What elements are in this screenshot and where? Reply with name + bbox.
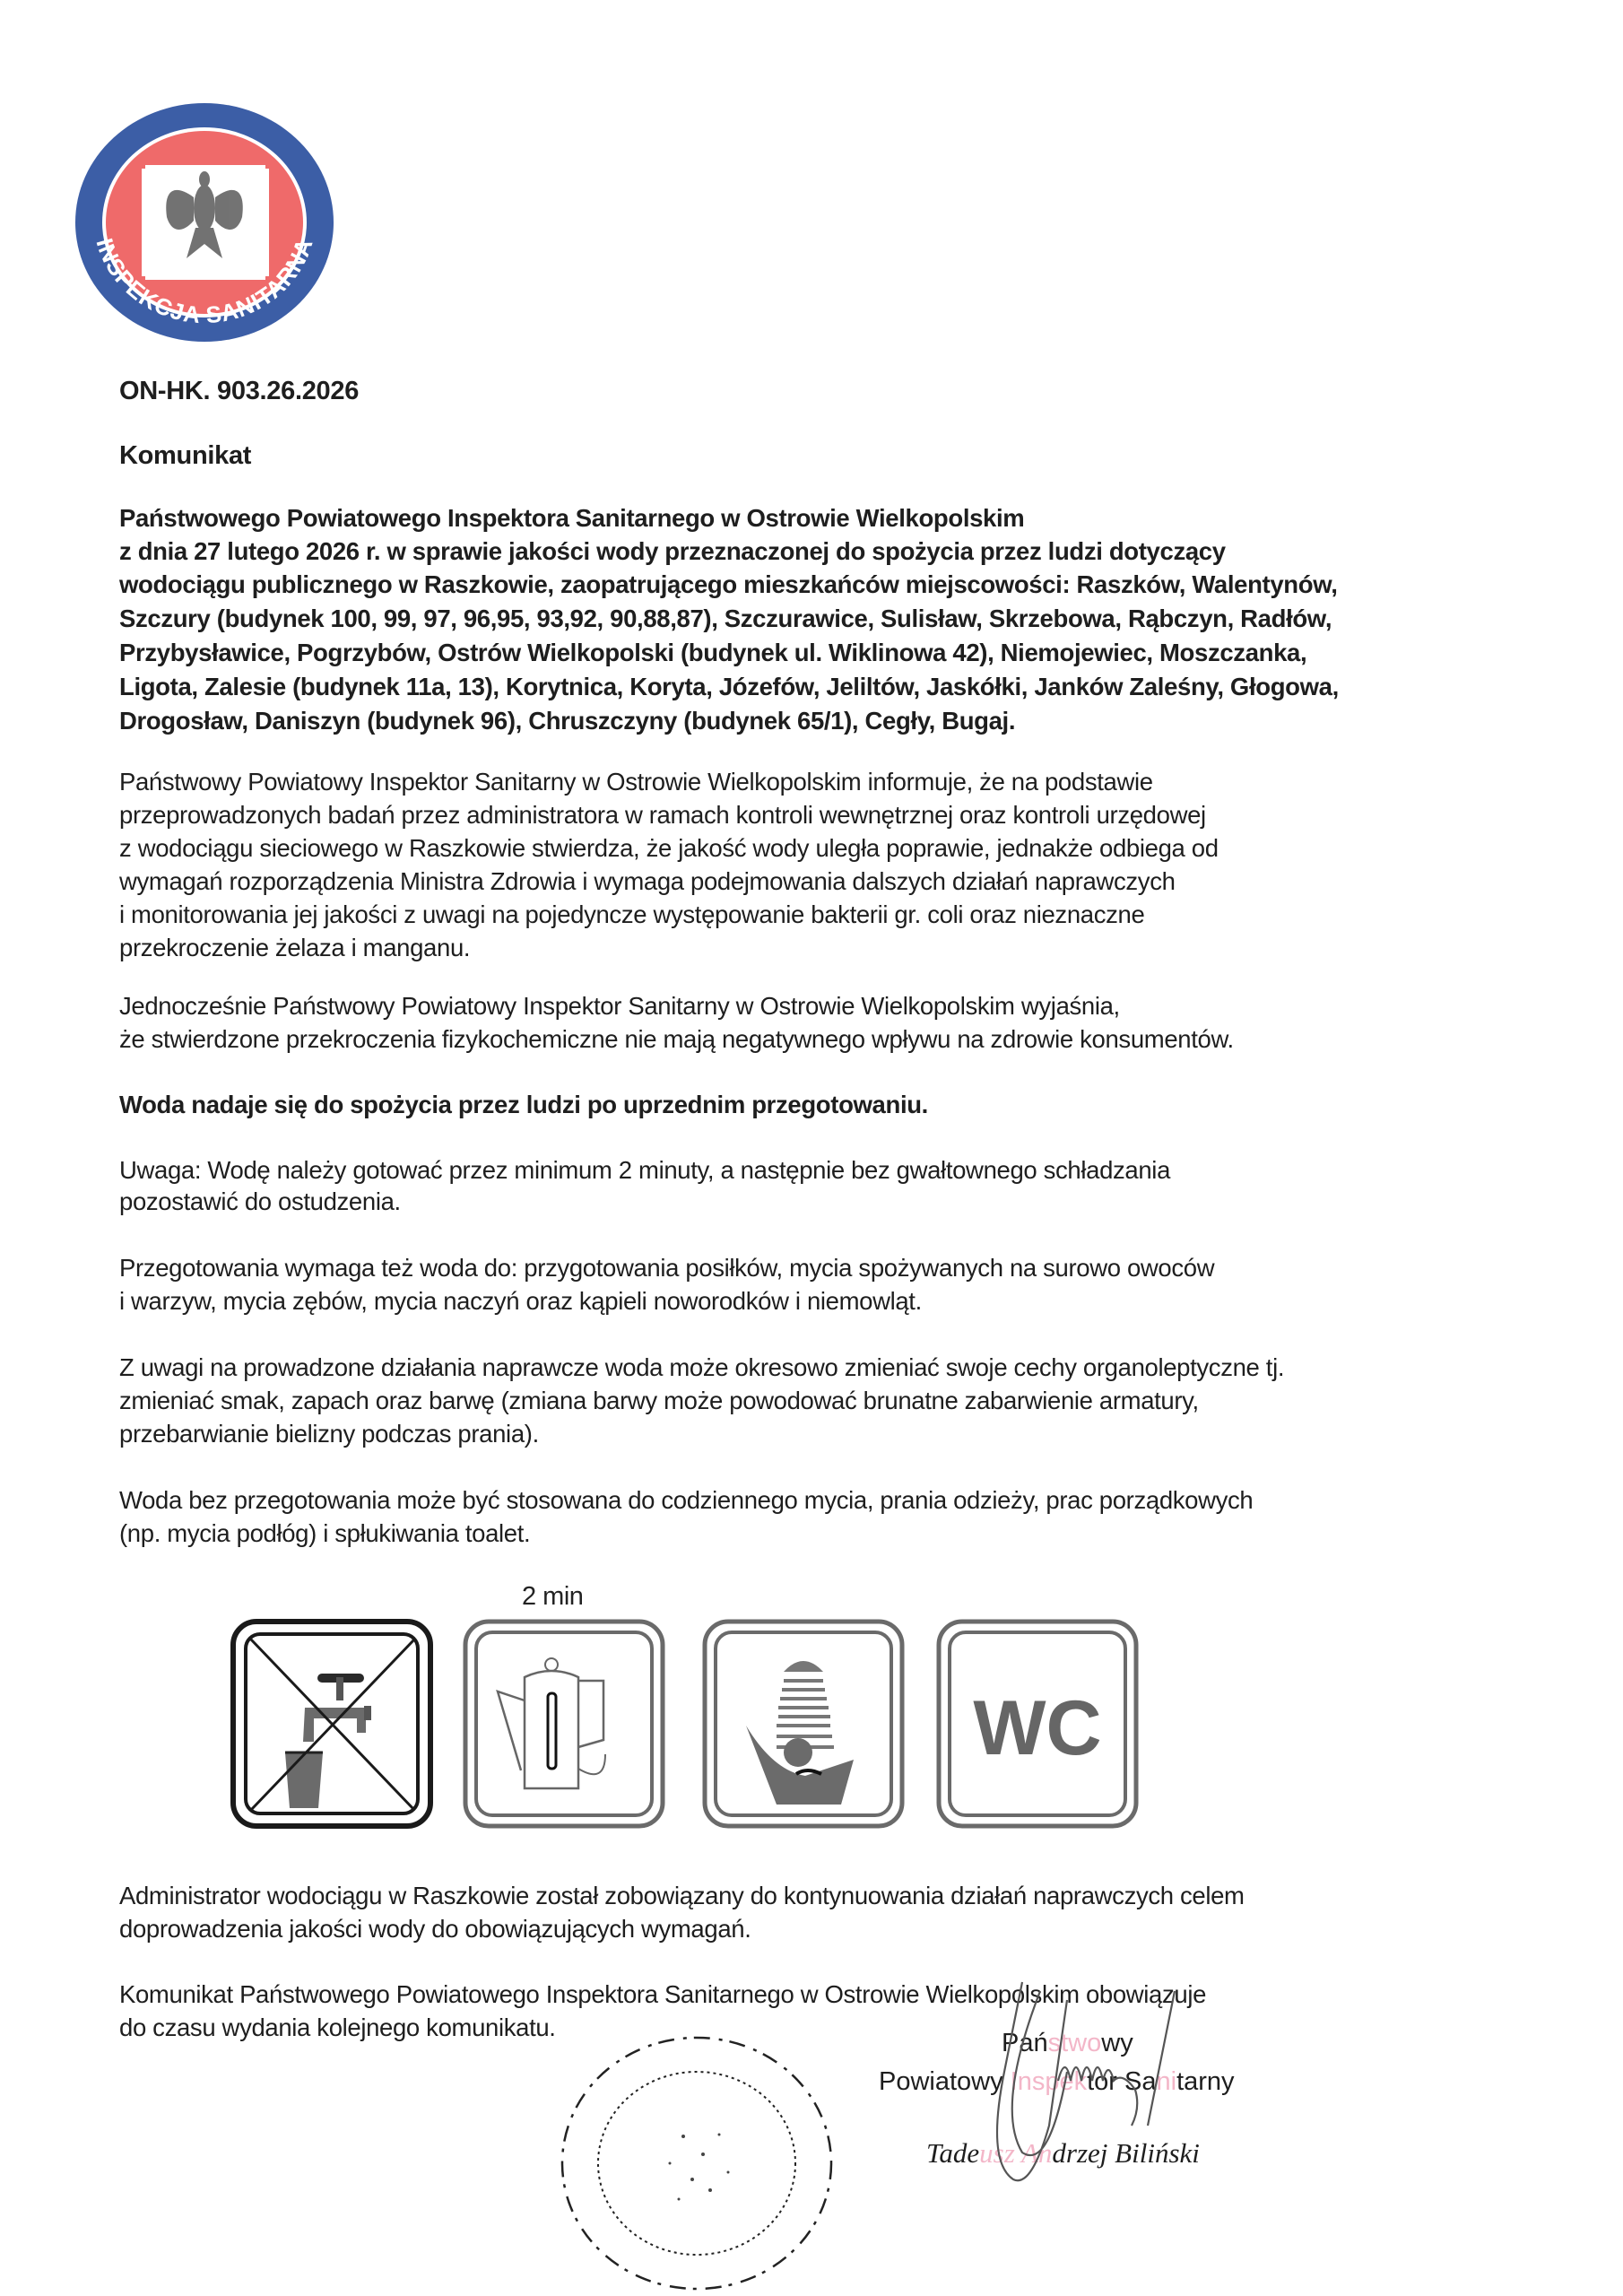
text-line: Administrator wodociągu w Raszkowie zost… xyxy=(119,1883,1245,1909)
text-line: przebarwianie bielizny podczas prania). xyxy=(119,1422,539,1447)
text-line: (np. mycia podłóg) i spłukiwania toalet. xyxy=(119,1521,530,1546)
heading-line: wodociągu publicznego w Raszkowie, zaopa… xyxy=(119,572,1338,597)
heading-line: Ligota, Zalesie (budynek 11a, 13), Koryt… xyxy=(119,674,1339,700)
heading-line: Szczury (budynek 100, 99, 97, 96,95, 93,… xyxy=(119,606,1332,631)
wc-icon: WC xyxy=(935,1618,1140,1830)
no-tap-water-drinking-icon xyxy=(230,1618,434,1830)
text-line: Woda bez przegotowania może być stosowan… xyxy=(119,1488,1253,1513)
text-line: Uwaga: Wodę należy gotować przez minimum… xyxy=(119,1158,1170,1183)
handwritten-signature xyxy=(968,1964,1273,2233)
boil-duration-label: 2 min xyxy=(522,1582,583,1612)
wc-text: WC xyxy=(973,1685,1101,1771)
inspekcja-sanitarna-logo: PAŃSTWOWA INSPEKCJA SANITARNA xyxy=(74,100,335,344)
text-line: Z uwagi na prowadzone działania naprawcz… xyxy=(119,1355,1284,1380)
text-line: przeprowadzonych badań przez administrat… xyxy=(119,803,1206,828)
text-line: i warzyw, mycia zębów, mycia naczyń oraz… xyxy=(119,1289,922,1314)
document-reference: ON-HK. 903.26.2026 xyxy=(119,378,359,404)
text-line: Państwowy Powiatowy Inspektor Sanitarny … xyxy=(119,770,1153,795)
official-stamp xyxy=(549,2029,845,2296)
heading-line: Przybysławice, Pogrzybów, Ostrów Wielkop… xyxy=(119,640,1306,665)
text-line: i monitorowania jej jakości z uwagi na p… xyxy=(119,902,1144,927)
heading-line: Państwowego Powiatowego Inspektora Sanit… xyxy=(119,506,1024,531)
logo-emblem-icon: PAŃSTWOWA INSPEKCJA SANITARNA xyxy=(74,100,335,344)
text-line: doprowadzenia jakości wody do obowiązują… xyxy=(119,1917,751,1942)
heading-line: z dnia 27 lutego 2026 r. w sprawie jakoś… xyxy=(119,539,1226,564)
document-title: Komunikat xyxy=(119,443,251,469)
text-line: przekroczenie żelaza i manganu. xyxy=(119,935,470,961)
text-line: do czasu wydania kolejnego komunikatu. xyxy=(119,2015,556,2040)
text-line: zmieniać smak, zapach oraz barwę (zmiana… xyxy=(119,1388,1199,1413)
stamp-seal-icon xyxy=(549,2029,845,2296)
signature-scribble-icon xyxy=(968,1964,1273,2233)
heading-line: Drogosław, Daniszyn (budynek 96), Chrusz… xyxy=(119,709,1015,734)
text-line: z wodociągu sieciowego w Raszkowie stwie… xyxy=(119,836,1219,861)
shower-bath-icon xyxy=(701,1618,906,1830)
text-line: że stwierdzone przekroczenia fizykochemi… xyxy=(119,1027,1234,1052)
text-line: wymagań rozporządzenia Ministra Zdrowia … xyxy=(119,869,1176,894)
boil-kettle-icon xyxy=(462,1618,666,1830)
svg-text:PAŃSTWOWA: PAŃSTWOWA xyxy=(74,100,268,107)
text-line: Jednocześnie Państwowy Powiatowy Inspekt… xyxy=(119,994,1120,1019)
verdict-statement: Woda nadaje się do spożycia przez ludzi … xyxy=(119,1092,928,1118)
text-line: pozostawić do ostudzenia. xyxy=(119,1189,401,1214)
text-line: Przegotowania wymaga też woda do: przygo… xyxy=(119,1256,1214,1281)
